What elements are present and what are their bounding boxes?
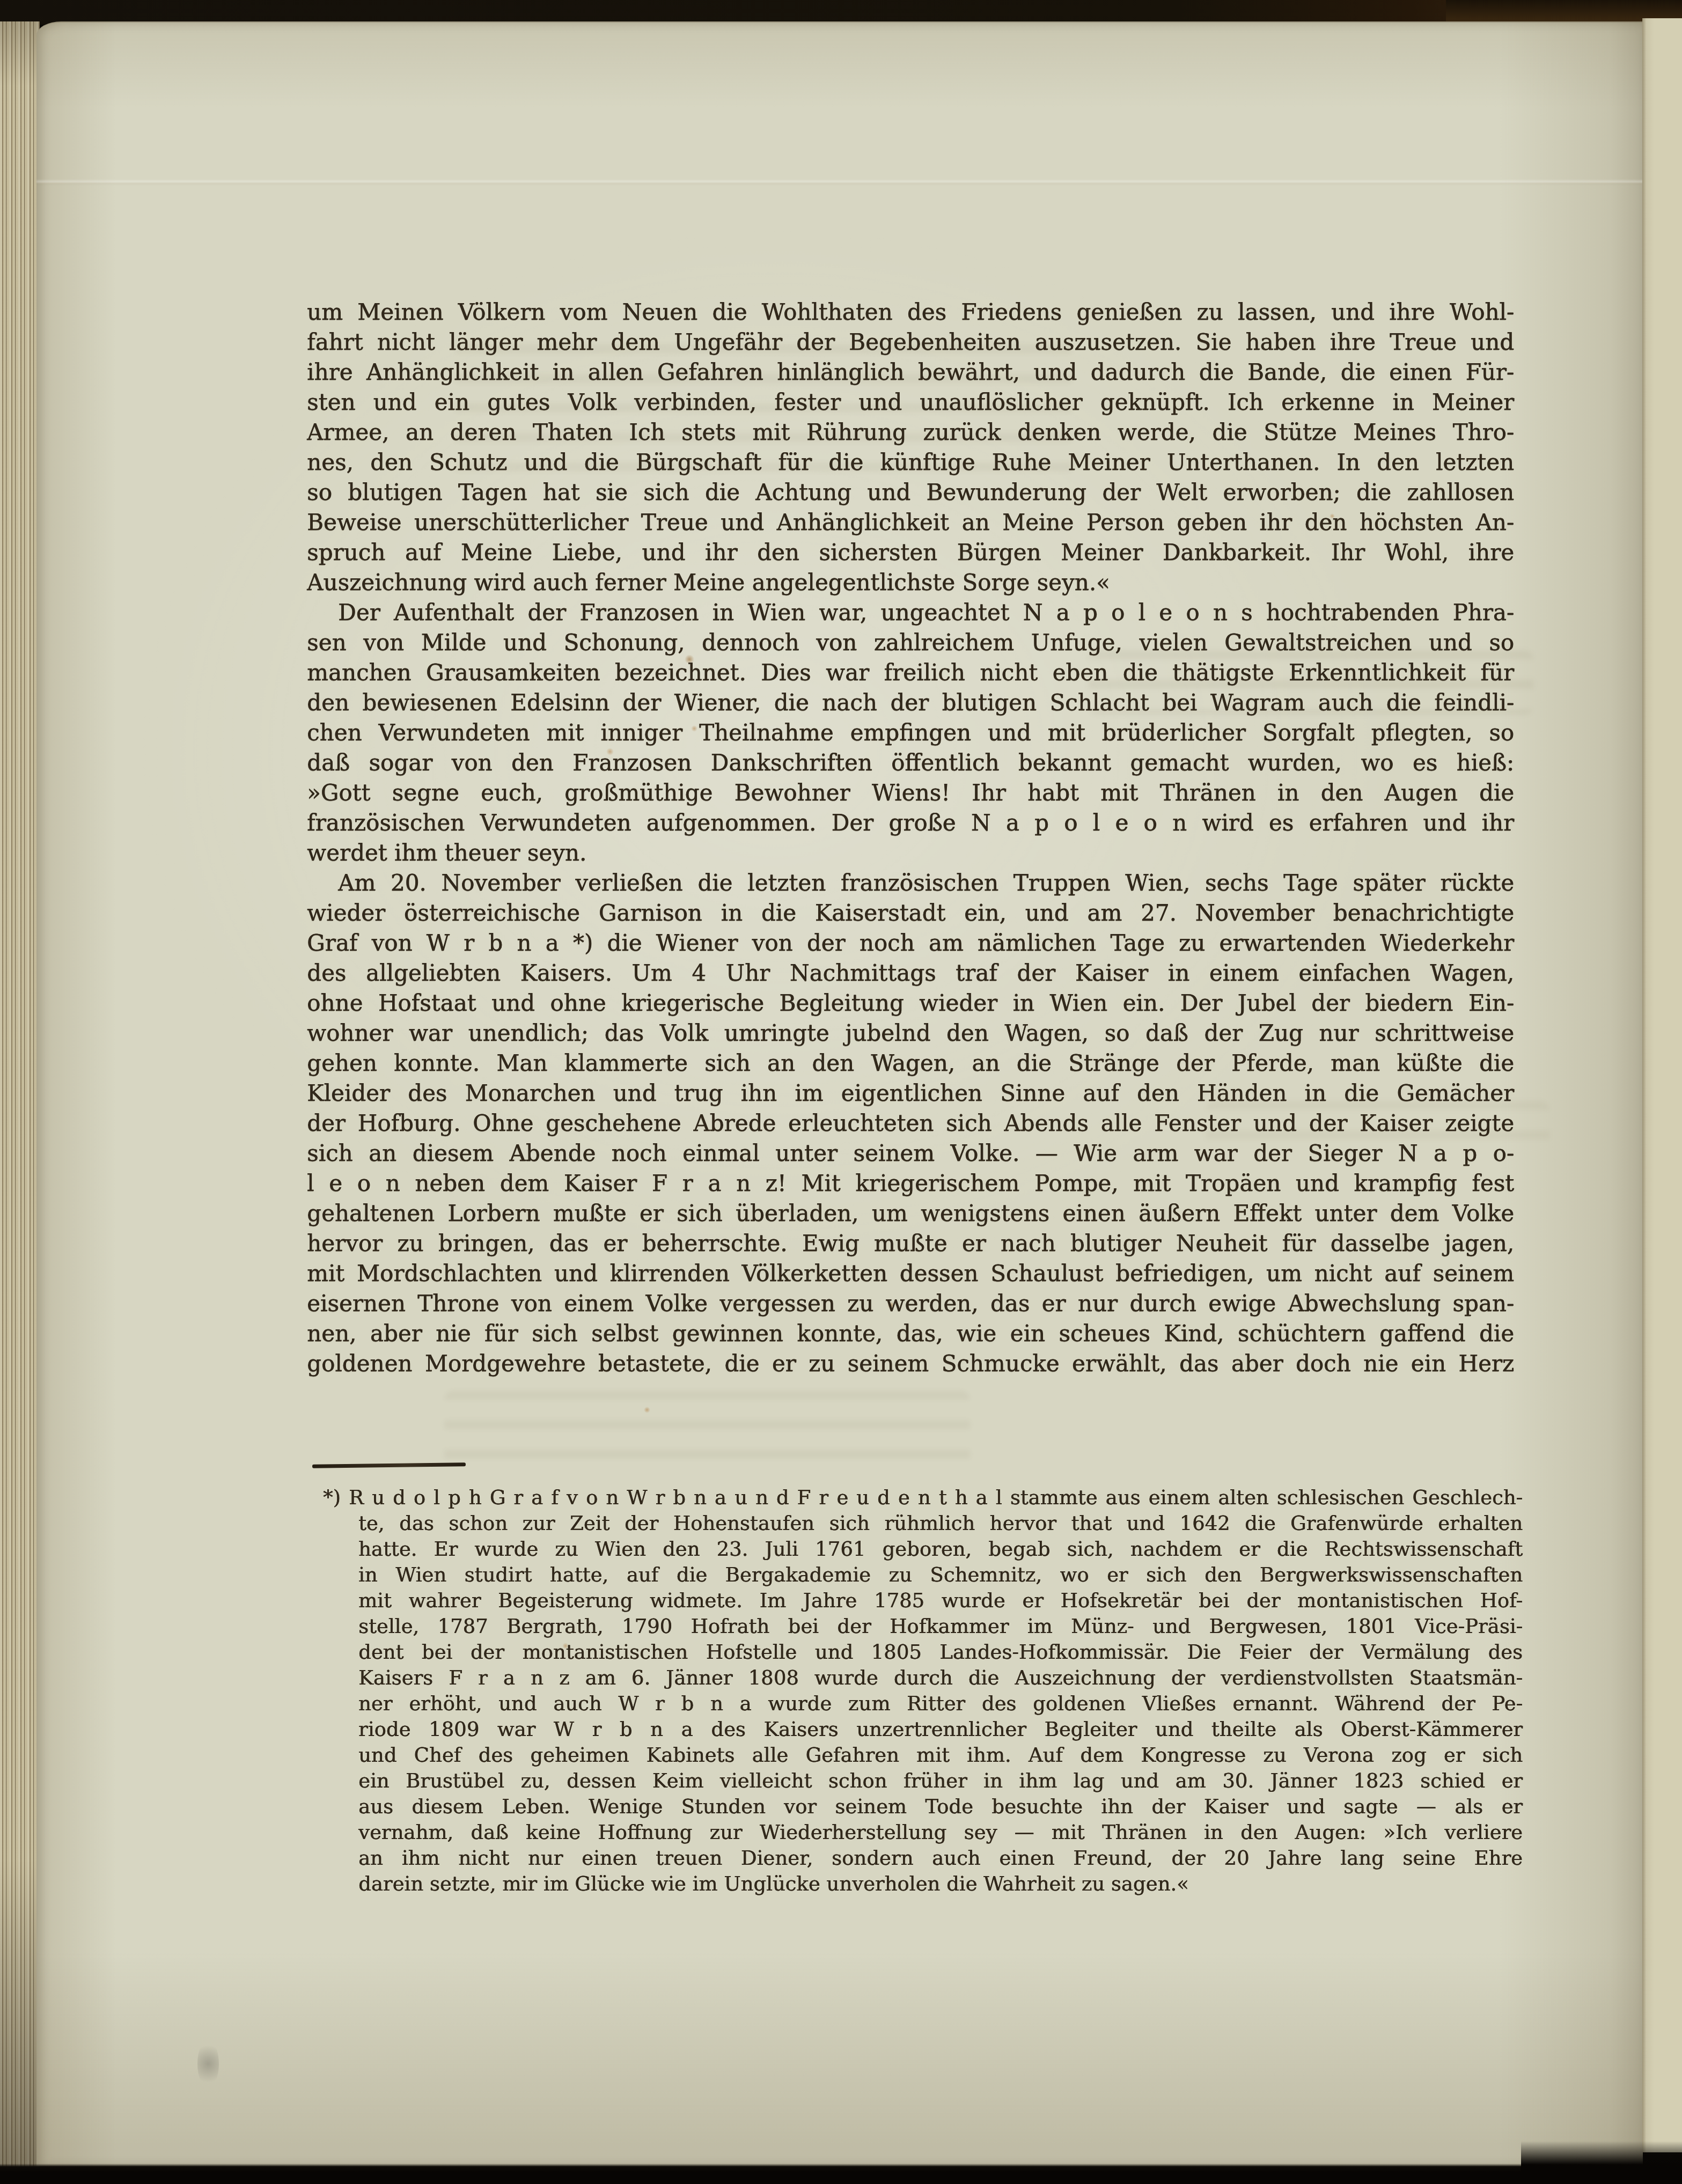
text-line: »Gott segne euch, großmüthige Bewohner W… — [307, 778, 1514, 808]
main-text-block: um Meinen Völkern vom Neuen die Wohlthat… — [307, 297, 1514, 1379]
text-line: ohne Hofstaat und ohne kriegerische Begl… — [307, 988, 1514, 1018]
text-line: chen Verwundeten mit inniger Theilnahme … — [307, 718, 1514, 748]
text-line: des allgeliebten Kaisers. Um 4 Uhr Nachm… — [307, 958, 1514, 988]
foxing-spot — [644, 1407, 650, 1413]
text-line: so blutigen Tagen hat sie sich die Achtu… — [307, 477, 1514, 508]
text-line: vernahm, daß keine Hoffnung zur Wiederhe… — [358, 1820, 1523, 1845]
text-line: gehen konnte. Man klammerte sich an den … — [307, 1048, 1514, 1078]
text-line: Kleider des Monarchen und trug ihn im ei… — [307, 1078, 1514, 1108]
text-line: nen, aber nie für sich selbst gewinnen k… — [307, 1319, 1514, 1349]
text-line: Der Aufenthalt der Franzosen in Wien war… — [307, 598, 1514, 628]
text-line: spruch auf Meine Liebe, und ihr den sich… — [307, 538, 1514, 568]
text-line: manchen Grausamkeiten bezeichnet. Dies w… — [307, 658, 1514, 688]
text-line: darein setzte, mir im Glücke wie im Ungl… — [358, 1871, 1523, 1897]
show-through-smudge — [444, 1391, 970, 1471]
adjacent-page-edge — [1642, 18, 1682, 2152]
text-line: wohner war unendlich; das Volk umringte … — [307, 1018, 1514, 1048]
text-line: wieder österreichische Garnison in die K… — [307, 898, 1514, 928]
text-line: französischen Verwundeten aufgenommen. D… — [307, 808, 1514, 838]
binding-bottom-edge — [0, 2164, 1682, 2184]
text-line: Armee, an deren Thaten Ich stets mit Rüh… — [307, 417, 1514, 447]
text-line: und Chef des geheimen Kabinets alle Gefa… — [358, 1742, 1523, 1768]
text-line: daß sogar von den Franzosen Dankschrifte… — [307, 748, 1514, 778]
text-line: mit Mordschlachten und klirrenden Völker… — [307, 1259, 1514, 1289]
text-line: Graf von W r b n a *) die Wiener von der… — [307, 928, 1514, 958]
text-line: der Hofburg. Ohne geschehene Abrede erle… — [307, 1108, 1514, 1138]
pencil-smudge — [197, 2040, 219, 2088]
footnote-separator — [312, 1462, 466, 1468]
text-line: werdet ihm theuer seyn. — [307, 838, 1514, 868]
text-line: Auszeichnung wird auch ferner Meine ange… — [307, 568, 1514, 598]
text-line: riode 1809 war W r b n a des Kaisers unz… — [358, 1717, 1523, 1742]
text-line: fahrt nicht länger mehr dem Ungefähr der… — [307, 327, 1514, 357]
text-line: mit wahrer Begeisterung widmete. Im Jahr… — [358, 1588, 1523, 1614]
paper-crease — [36, 179, 1643, 185]
text-line: stelle, 1787 Bergrath, 1790 Hofrath bei … — [358, 1614, 1523, 1639]
text-line: gehaltenen Lorbern mußte er sich überlad… — [307, 1198, 1514, 1229]
text-line: in Wien studirt hatte, auf die Bergakade… — [358, 1562, 1523, 1588]
text-line: Beweise unerschütterlicher Treue und Anh… — [307, 508, 1514, 538]
text-line: Kaisers F r a n z am 6. Jänner 1808 wurd… — [358, 1665, 1523, 1691]
text-line: dent bei der montanistischen Hofstelle u… — [358, 1639, 1523, 1665]
text-line: den bewiesenen Edelsinn der Wiener, die … — [307, 688, 1514, 718]
text-line: hatte. Er wurde zu Wien den 23. Juli 176… — [358, 1536, 1523, 1562]
text-line: ihre Anhänglichkeit in allen Gefahren hi… — [307, 357, 1514, 387]
binding-bottom-corner — [1521, 2141, 1682, 2184]
footnote-block: *) R u d o l p h G r a f v o n W r b n a… — [358, 1485, 1523, 1897]
text-line: ner erhöht, und auch W r b n a wurde zum… — [358, 1691, 1523, 1717]
page-edges-left — [0, 21, 40, 2184]
text-line: aus diesem Leben. Wenige Stunden vor sei… — [358, 1794, 1523, 1820]
text-line: an ihm nicht nur einen treuen Diener, so… — [358, 1845, 1523, 1871]
text-line: eisernen Throne von einem Volke vergesse… — [307, 1289, 1514, 1319]
text-line: Am 20. November verließen die letzten fr… — [307, 868, 1514, 898]
book-page: um Meinen Völkern vom Neuen die Wohlthat… — [36, 21, 1643, 2166]
text-line: hervor zu bringen, das er beherrschte. E… — [307, 1229, 1514, 1259]
text-line: um Meinen Völkern vom Neuen die Wohlthat… — [307, 297, 1514, 327]
text-line: sen von Milde und Schonung, dennoch von … — [307, 628, 1514, 658]
text-line: sich an diesem Abende noch einmal unter … — [307, 1138, 1514, 1168]
text-line: ein Brustübel zu, dessen Keim vielleicht… — [358, 1768, 1523, 1794]
book-scan: um Meinen Völkern vom Neuen die Wohlthat… — [0, 0, 1682, 2184]
text-line: sten und ein gutes Volk verbinden, feste… — [307, 387, 1514, 417]
text-line: goldenen Mordgewehre betastete, die er z… — [307, 1349, 1514, 1379]
text-line: nes, den Schutz und die Bürgschaft für d… — [307, 447, 1514, 477]
text-line: te, das schon zur Zeit der Hohenstaufen … — [358, 1511, 1523, 1536]
text-line: *) R u d o l p h G r a f v o n W r b n a… — [323, 1485, 1523, 1511]
text-line: l e o n neben dem Kaiser F r a n z! Mit … — [307, 1168, 1514, 1198]
